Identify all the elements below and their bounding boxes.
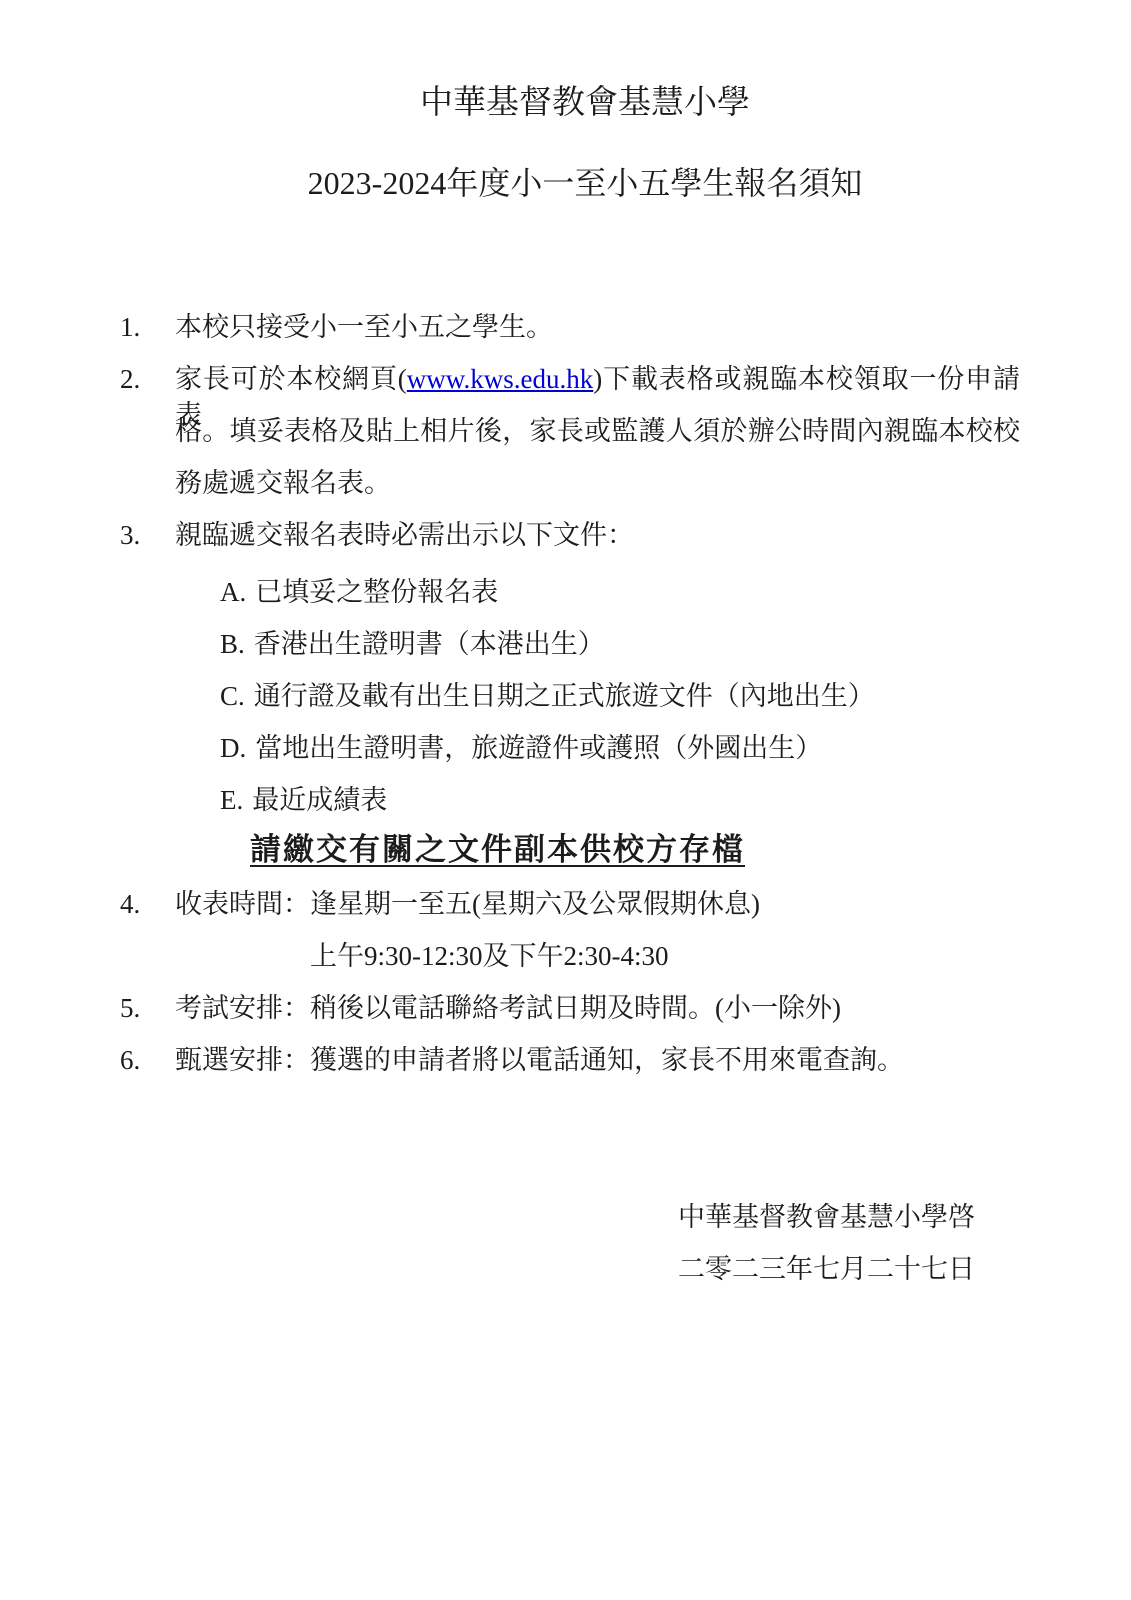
sub-item-a-label: A. [220,577,246,607]
item-5-text: 考試安排：稍後以電話聯絡考試日期及時間。(小一除外) [175,990,841,1026]
sub-item-e-label: E. [220,785,243,815]
item-1-number: 1. [120,309,175,345]
signature-date: 二零二三年七月二十七日 [678,1251,975,1287]
item-1-text: 本校只接受小一至小五之學生。 [175,309,553,345]
item-4-number: 4. [120,886,175,922]
collection-time: 上午9:30-12:30及下午2:30-4:30 [310,938,669,974]
sub-item-c-text: 通行證及載有出生日期之正式旅遊文件（內地出生） [254,681,875,711]
item-4-text: 收表時間：逢星期一至五(星期六及公眾假期休息) [175,886,760,922]
sub-item-e-text: 最近成績表 [252,785,387,815]
item-6-text: 甄選安排：獲選的申請者將以電話通知，家長不用來電查詢。 [175,1042,904,1078]
sub-item-d: D.當地出生證明書，旅遊證件或護照（外國出生） [220,730,822,766]
item-6-number: 6. [120,1042,175,1078]
school-website-link[interactable]: www.kws.edu.hk [407,364,593,394]
sub-item-a: A.已填妥之整份報名表 [220,574,498,610]
sub-item-b: B.香港出生證明書（本港出生） [220,626,605,662]
item-2-number: 2. [120,361,175,397]
item-2-line-2: 格。填妥表格及貼上相片後，家長或監護人須於辦公時間內親臨本校校 [175,413,1020,449]
item-2-line-3: 務處遞交報名表。 [175,465,391,501]
signature-closing: 中華基督教會基慧小學啓 [678,1199,975,1235]
item-5-number: 5. [120,990,175,1026]
item-3-text: 親臨遞交報名表時必需出示以下文件： [175,517,634,553]
sub-item-c-label: C. [220,681,245,711]
sub-item-d-text: 當地出生證明書，旅遊證件或護照（外國出生） [255,733,822,763]
sub-item-d-label: D. [220,733,246,763]
sub-item-b-label: B. [220,629,245,659]
document-page: 中華基督教會基慧小學 2023-2024年度小一至小五學生報名須知 1. 本校只… [0,0,1131,1600]
school-name: 中華基督教會基慧小學 [120,82,1050,124]
sub-item-c: C.通行證及載有出生日期之正式旅遊文件（內地出生） [220,678,875,714]
sub-item-e: E.最近成績表 [220,782,387,818]
sub-item-a-text: 已填妥之整份報名表 [255,577,498,607]
item-3-number: 3. [120,517,175,553]
notice-title: 2023-2024年度小一至小五學生報名須知 [120,162,1050,204]
documents-copy-notice: 請繳交有關之文件副本供校方存檔 [250,832,745,868]
item-2-text-before-link: 家長可於本校網頁( [175,364,407,394]
sub-item-b-text: 香港出生證明書（本港出生） [254,629,605,659]
